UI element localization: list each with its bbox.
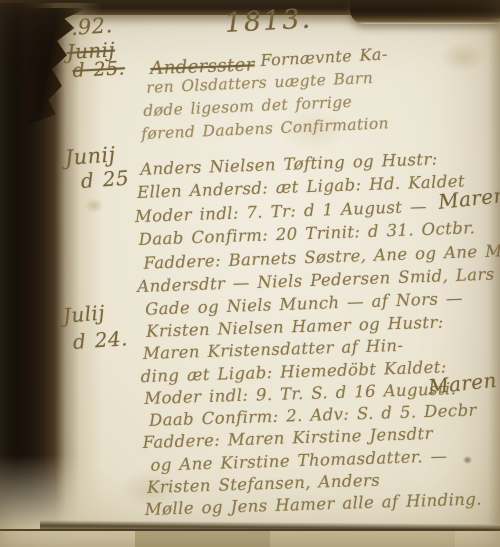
entry3-margin-day: d 24. [72, 326, 129, 354]
entry2-text-block: Anders Nielsen Tøfting og Hustr: Ellen A… [136, 148, 500, 326]
table-surface-strip [0, 529, 500, 547]
page-top-roll-edge [350, 0, 500, 24]
page-number: .92. [70, 13, 113, 40]
entry3-margin-month: Julij [62, 300, 106, 328]
entry3-text-block: Kristen Nielsen Hamer og Hustr: Maren Kr… [142, 314, 482, 525]
entry2-margin-month: Junij [64, 142, 116, 169]
entry1-margin-day: d 25. [72, 57, 126, 82]
entry1-line: Fornævnte Ka- [260, 44, 388, 70]
entry1-text-block: ren Olsdatters uægte Barn døde ligesom d… [142, 70, 390, 150]
register-page-photo: .92. 1813. Junij d 25. Andersster Fornæv… [0, 0, 500, 547]
paper-stain [440, 42, 486, 72]
entry2-margin-day: d 25 [80, 166, 130, 193]
year-heading: 1813. [224, 3, 313, 39]
